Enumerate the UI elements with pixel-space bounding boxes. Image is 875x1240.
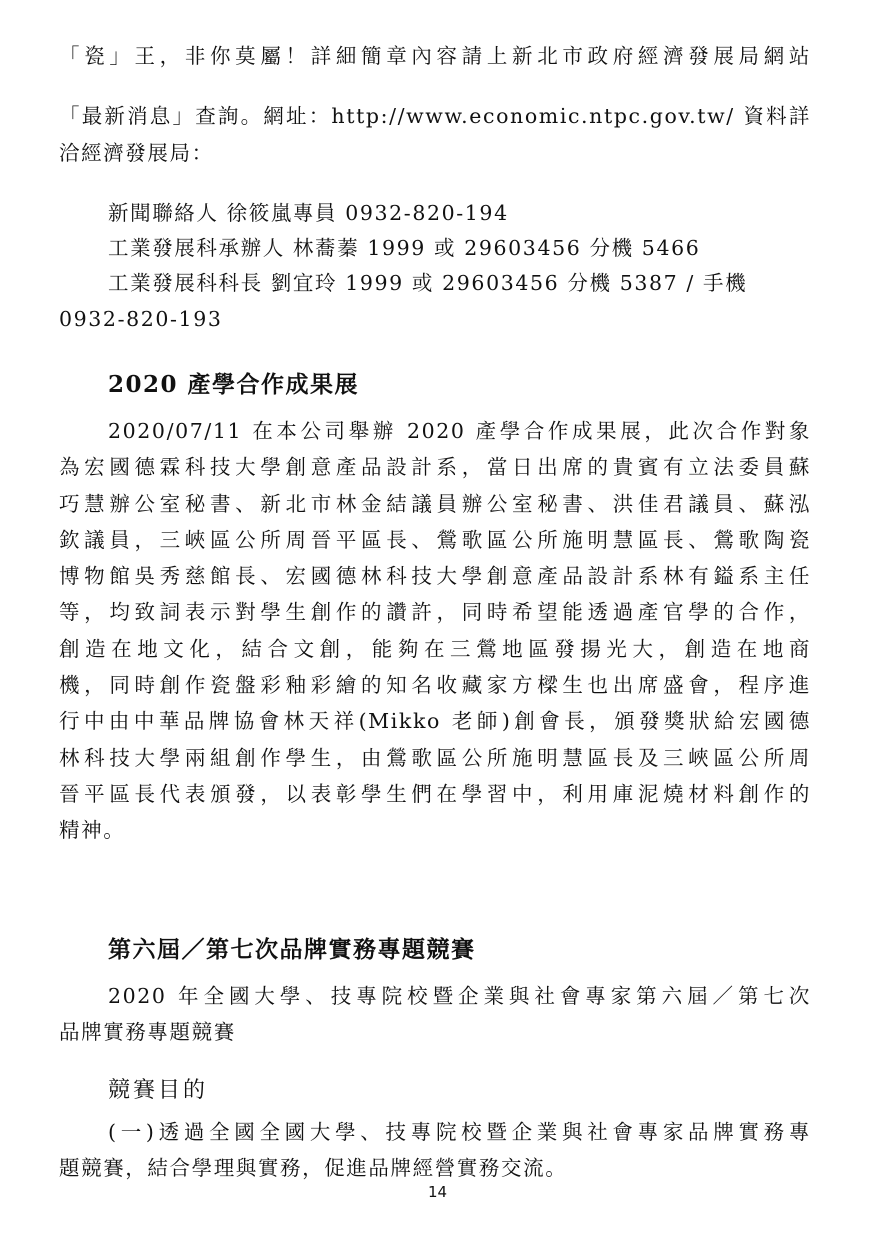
paragraph-line: 林科技大學兩組創作學生，由鶯歌區公所施明慧區長及三峽區公所周 <box>59 740 811 776</box>
intro-line: 「最新消息」查詢。網址：http://www.economic.ntpc.gov… <box>59 98 811 134</box>
paragraph-line: 為宏國德霖科技大學創意產品設計系，當日出席的貴賓有立法委員蘇 <box>59 449 811 485</box>
intro-line: 「瓷」王，非你莫屬！詳細簡章內容請上新北市政府經濟發展局網站 <box>59 38 811 74</box>
contact-line: 0932-820-193 <box>59 301 222 337</box>
document-page: 「瓷」王，非你莫屬！詳細簡章內容請上新北市政府經濟發展局網站 「最新消息」查詢。… <box>0 0 875 1240</box>
paragraph-line: 2020 年全國大學、技專院校暨企業與社會專家第六屆／第七次 <box>108 978 811 1014</box>
paragraph-line: 機，同時創作瓷盤彩釉彩繪的知名收藏家方樑生也出席盛會，程序進 <box>59 667 811 703</box>
contact-line: 新聞聯絡人 徐筱嵐專員 0932-820-194 <box>108 195 509 231</box>
paragraph-line: 2020/07/11 在本公司舉辦 2020 產學合作成果展，此次合作對象 <box>108 413 811 449</box>
paragraph-line: 博物館吳秀慈館長、宏國德林科技大學創意產品設計系林有鎰系主任 <box>59 558 811 594</box>
paragraph-line: 欽議員，三峽區公所周晉平區長、鶯歌區公所施明慧區長、鶯歌陶瓷 <box>59 522 811 558</box>
paragraph-line: 行中由中華品牌協會林天祥(Mikko 老師)創會長，頒發獎狀給宏國德 <box>59 703 811 739</box>
subsection-title: 競賽目的 <box>108 1073 208 1109</box>
paragraph-line: 精神。 <box>59 812 811 848</box>
contact-line: 工業發展科科長 劉宜玲 1999 或 29603456 分機 5387 / 手機 <box>108 265 774 301</box>
paragraph-line: 創造在地文化，結合文創，能夠在三鶯地區發揚光大，創造在地商 <box>59 631 811 667</box>
paragraph-line: 等，均致詞表示對學生創作的讚許，同時希望能透過產官學的合作， <box>59 594 811 630</box>
contact-line: 工業發展科承辦人 林蕎蓁 1999 或 29603456 分機 5466 <box>108 230 700 266</box>
paragraph-line: 品牌實務專題競賽 <box>59 1014 811 1050</box>
intro-line: 洽經濟發展局： <box>59 135 811 171</box>
paragraph-line: (一)透過全國全國大學、技專院校暨企業與社會專家品牌實務專 <box>108 1114 811 1150</box>
page-number: 14 <box>0 1180 875 1204</box>
paragraph-line: 晉平區長代表頒發，以表彰學生們在學習中，利用庫泥燒材料創作的 <box>59 776 811 812</box>
section-title: 2020 產學合作成果展 <box>108 367 359 403</box>
paragraph-line: 巧慧辦公室秘書、新北市林金結議員辦公室秘書、洪佳君議員、蘇泓 <box>59 486 811 522</box>
section-title: 第六屆／第七次品牌實務專題競賽 <box>108 932 476 968</box>
